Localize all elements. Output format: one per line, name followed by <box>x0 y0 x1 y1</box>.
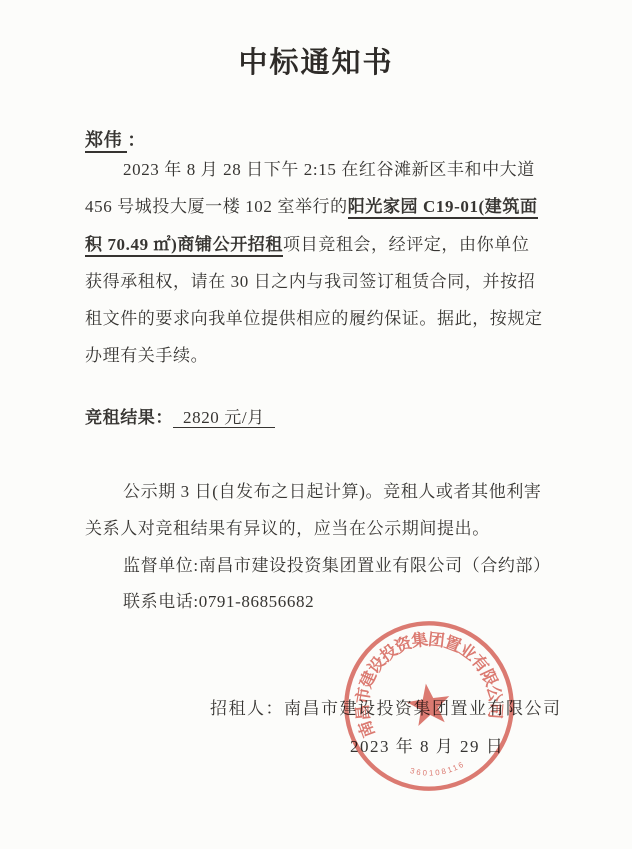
publicity-line-2: 关系人对竞租结果有异议的，应当在公示期间提出。 <box>85 516 563 542</box>
body-line-1: 2023 年 8 月 28 日下午 2:15 在红谷滩新区丰和中大道 <box>85 157 601 183</box>
supervisor-line: 监督单位:南昌市建设投资集团置业有限公司（合约部） <box>123 553 601 579</box>
seal-company-text: 南昌市建设投资集团置业有限公司 <box>342 619 508 741</box>
body-line-3: 积 70.49 ㎡)商铺公开招租项目竞租会，经评定，由你单位 <box>85 232 563 258</box>
body-line-6: 办理有关手续。 <box>85 343 563 369</box>
body-line-4: 获得承租权，请在 30 日之内与我司签订租赁合同，并按招 <box>85 269 563 295</box>
lessor-signature-line: 招租人：南昌市建设投资集团置业有限公司 <box>210 696 632 722</box>
project-name-part-1: 阳光家园 C19-01(建筑面 <box>348 197 538 219</box>
project-name-part-2: 积 70.49 ㎡)商铺公开招租 <box>85 235 283 257</box>
recipient-line: 郑伟 ： <box>85 127 563 153</box>
bid-result-value: 2820 元/月 <box>173 408 275 428</box>
notice-document-page: 中标通知书 郑伟 ： 2023 年 8 月 28 日下午 2:15 在红谷滩新区… <box>0 0 632 849</box>
body-line-3-text: 项目竞租会，经评定，由你单位 <box>283 235 529 254</box>
signature-date-line: 2023 年 8 月 29 日 <box>350 734 632 760</box>
contact-phone-line: 联系电话:0791-86856682 <box>123 589 601 615</box>
body-line-5: 租文件的要求向我单位提供相应的履约保证。据此，按规定 <box>85 306 563 332</box>
bid-result-line: 竞租结果：2820 元/月 <box>85 405 563 431</box>
body-line-2: 456 号城投大厦一楼 102 室举行的阳光家园 C19-01(建筑面 <box>85 194 563 220</box>
body-line-2-text: 456 号城投大厦一楼 102 室举行的 <box>85 197 348 216</box>
seal-code-text: 360108116 <box>408 758 468 780</box>
document-title: 中标通知书 <box>0 40 632 81</box>
publicity-line-1: 公示期 3 日(自发布之日起计算)。竞租人或者其他利害 <box>85 479 601 505</box>
recipient-colon: ： <box>127 130 146 150</box>
recipient-name: 郑伟 <box>85 130 122 153</box>
bid-result-label: 竞租结果： <box>85 408 173 427</box>
